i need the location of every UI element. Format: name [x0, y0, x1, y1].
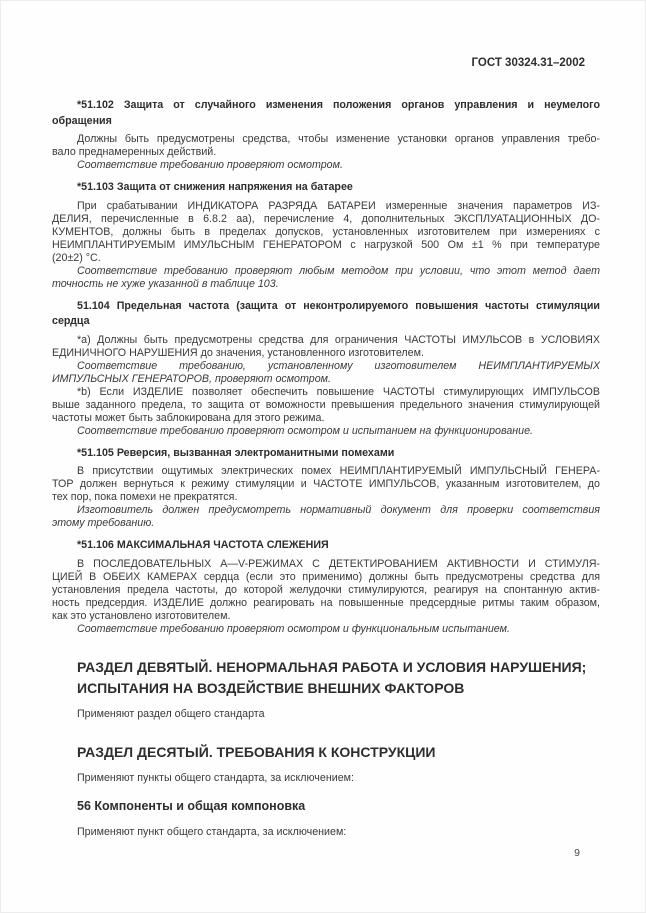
text-line: *b) Если ИЗДЕЛИЕ позволяет обеспечить по…: [52, 386, 600, 399]
paragraph: *b) Если ИЗДЕЛИЕ позволяет обеспечить по…: [52, 386, 600, 425]
clause-51-106-heading: *51.106 МАКСИМАЛЬНАЯ ЧАСТОТА СЛЕЖЕНИЯ: [52, 538, 600, 554]
clause-51-102-heading: *51.102 Защита от случайного изменения п…: [52, 98, 600, 129]
text-line: Соответствие требованию проверяют осмотр…: [52, 623, 600, 636]
paragraph: Применяют раздел общего стандарта: [52, 708, 600, 721]
paragraph: В присутствии ощутимых электрических пом…: [52, 465, 600, 504]
text-line: Изготовитель должен предусмотреть нормат…: [52, 504, 600, 517]
text-line: *51.103 Защита от снижения напряжения на…: [52, 180, 600, 196]
text-line: 51.104 Предельная частота (защита от нек…: [52, 299, 600, 315]
text-line: *51.105 Реверсия, вызванная электроманит…: [52, 446, 600, 462]
compliance-note: Соответствие требованию проверяют осмотр…: [52, 425, 600, 438]
section-nine-heading: РАЗДЕЛ ДЕВЯТЫЙ. НЕНОРМАЛЬНАЯ РАБОТА И УС…: [52, 657, 600, 699]
section-ten-heading: РАЗДЕЛ ДЕСЯТЫЙ. ТРЕБОВАНИЯ К КОНСТРУКЦИИ: [52, 742, 600, 763]
text-line: 56 Компоненты и общая компоновка: [52, 798, 600, 814]
text-line: обращения: [52, 114, 600, 130]
document-page: ГОСТ 30324.31–2002 *51.102 Защита от слу…: [0, 0, 646, 913]
compliance-note: Соответствие требованию проверяют осмотр…: [52, 623, 600, 636]
paragraph: *а) Должны быть предусмотрены средства д…: [52, 334, 600, 360]
text-line: вало преднамеренных действий.: [52, 146, 600, 159]
paragraph: Должны быть предусмотрены средства, чтоб…: [52, 133, 600, 159]
text-line: установления предела частоты, до которой…: [52, 584, 600, 597]
clause-56-heading: 56 Компоненты и общая компоновка: [52, 798, 600, 814]
text-line: выше заданного предела, то защита от вом…: [52, 399, 600, 412]
compliance-note: Соответствие требованию проверяют осмотр…: [52, 159, 600, 172]
text-line: тех пор, пока помехи не прекратятся.: [52, 491, 600, 504]
text-line: НЕИМПЛАНТИРУЕМЫМ ИМУЛЬСНЫМ ГЕНЕРАТОРОМ с…: [52, 239, 600, 252]
compliance-note: Соответствие требованию, установленному …: [52, 360, 600, 386]
text-line: Применяют пункты общего стандарта, за ис…: [52, 772, 600, 785]
clause-51-103-heading: *51.103 Защита от снижения напряжения на…: [52, 180, 600, 196]
text-line: Соответствие требованию проверяют осмотр…: [52, 425, 600, 438]
text-line: точность не хуже указанной в таблице 103…: [52, 278, 600, 291]
clause-51-104-heading: 51.104 Предельная частота (защита от нек…: [52, 299, 600, 330]
text-line: ность предсердия. ИЗДЕЛИЕ должно реагиро…: [52, 597, 600, 610]
running-header-standard-number: ГОСТ 30324.31–2002: [52, 56, 600, 70]
clause-51-105-heading: *51.105 Реверсия, вызванная электроманит…: [52, 446, 600, 462]
text-line: ЦИЕЙ В ОБЕИХ КАМЕРАХ сердца (если это пр…: [52, 571, 600, 584]
page-number: 9: [52, 847, 600, 859]
text-line: ТОР должен вернуться к режиму стимуляции…: [52, 478, 600, 491]
text-line: При срабатывании ИНДИКАТОРА РАЗРЯДА БАТА…: [52, 200, 600, 213]
text-line: (20±2) °С.: [52, 252, 600, 265]
text-line: ИСПЫТАНИЯ НА ВОЗДЕЙСТВИЕ ВНЕШНИХ ФАКТОРО…: [77, 678, 600, 699]
text-line: В ПОСЛЕДОВАТЕЛЬНЫХ А—V-РЕЖИМАХ С ДЕТЕКТИ…: [52, 558, 600, 571]
text-line: ИМПУЛЬСНЫХ ГЕНЕРАТОРОВ, проверяют осмотр…: [52, 373, 600, 386]
text-line: КУМЕНТОВ, должны быть в пределах допуско…: [52, 226, 600, 239]
text-line: Должны быть предусмотрены средства, чтоб…: [52, 133, 600, 146]
paragraph: Применяют пункты общего стандарта, за ис…: [52, 772, 600, 785]
text-line: Соответствие требованию, установленному …: [52, 360, 600, 373]
text-line: этому требованию.: [52, 517, 600, 530]
paragraph: Применяют пункт общего стандарта, за иск…: [52, 826, 600, 839]
compliance-note: Изготовитель должен предусмотреть нормат…: [52, 504, 600, 530]
text-line: В присутствии ощутимых электрических пом…: [52, 465, 600, 478]
text-line: Применяют раздел общего стандарта: [52, 708, 600, 721]
text-line: *51.102 Защита от случайного изменения п…: [52, 98, 600, 114]
compliance-note: Соответствие требованию проверяют любым …: [52, 265, 600, 291]
paragraph: В ПОСЛЕДОВАТЕЛЬНЫХ А—V-РЕЖИМАХ С ДЕТЕКТИ…: [52, 558, 600, 623]
text-line: Соответствие требованию проверяют любым …: [52, 265, 600, 278]
text-line: Применяют пункт общего стандарта, за иск…: [52, 826, 600, 839]
document-body: *51.102 Защита от случайного изменения п…: [52, 98, 600, 839]
text-line: ДЕЛИЯ, перечисленные в 6.8.2 аа), перечи…: [52, 213, 600, 226]
text-line: ЕДИНИЧНОГО НАРУШЕНИЯ до значения, устано…: [52, 347, 600, 360]
text-line: частоты может быть заблокирована для это…: [52, 412, 600, 425]
text-line: *а) Должны быть предусмотрены средства д…: [52, 334, 600, 347]
text-line: *51.106 МАКСИМАЛЬНАЯ ЧАСТОТА СЛЕЖЕНИЯ: [52, 538, 600, 554]
text-line: как это установлено изготовителем.: [52, 610, 600, 623]
text-line: сердца: [52, 314, 600, 330]
text-line: РАЗДЕЛ ДЕСЯТЫЙ. ТРЕБОВАНИЯ К КОНСТРУКЦИИ: [77, 742, 600, 763]
text-line: Соответствие требованию проверяют осмотр…: [52, 159, 600, 172]
text-line: РАЗДЕЛ ДЕВЯТЫЙ. НЕНОРМАЛЬНАЯ РАБОТА И УС…: [77, 657, 600, 678]
paragraph: При срабатывании ИНДИКАТОРА РАЗРЯДА БАТА…: [52, 200, 600, 265]
